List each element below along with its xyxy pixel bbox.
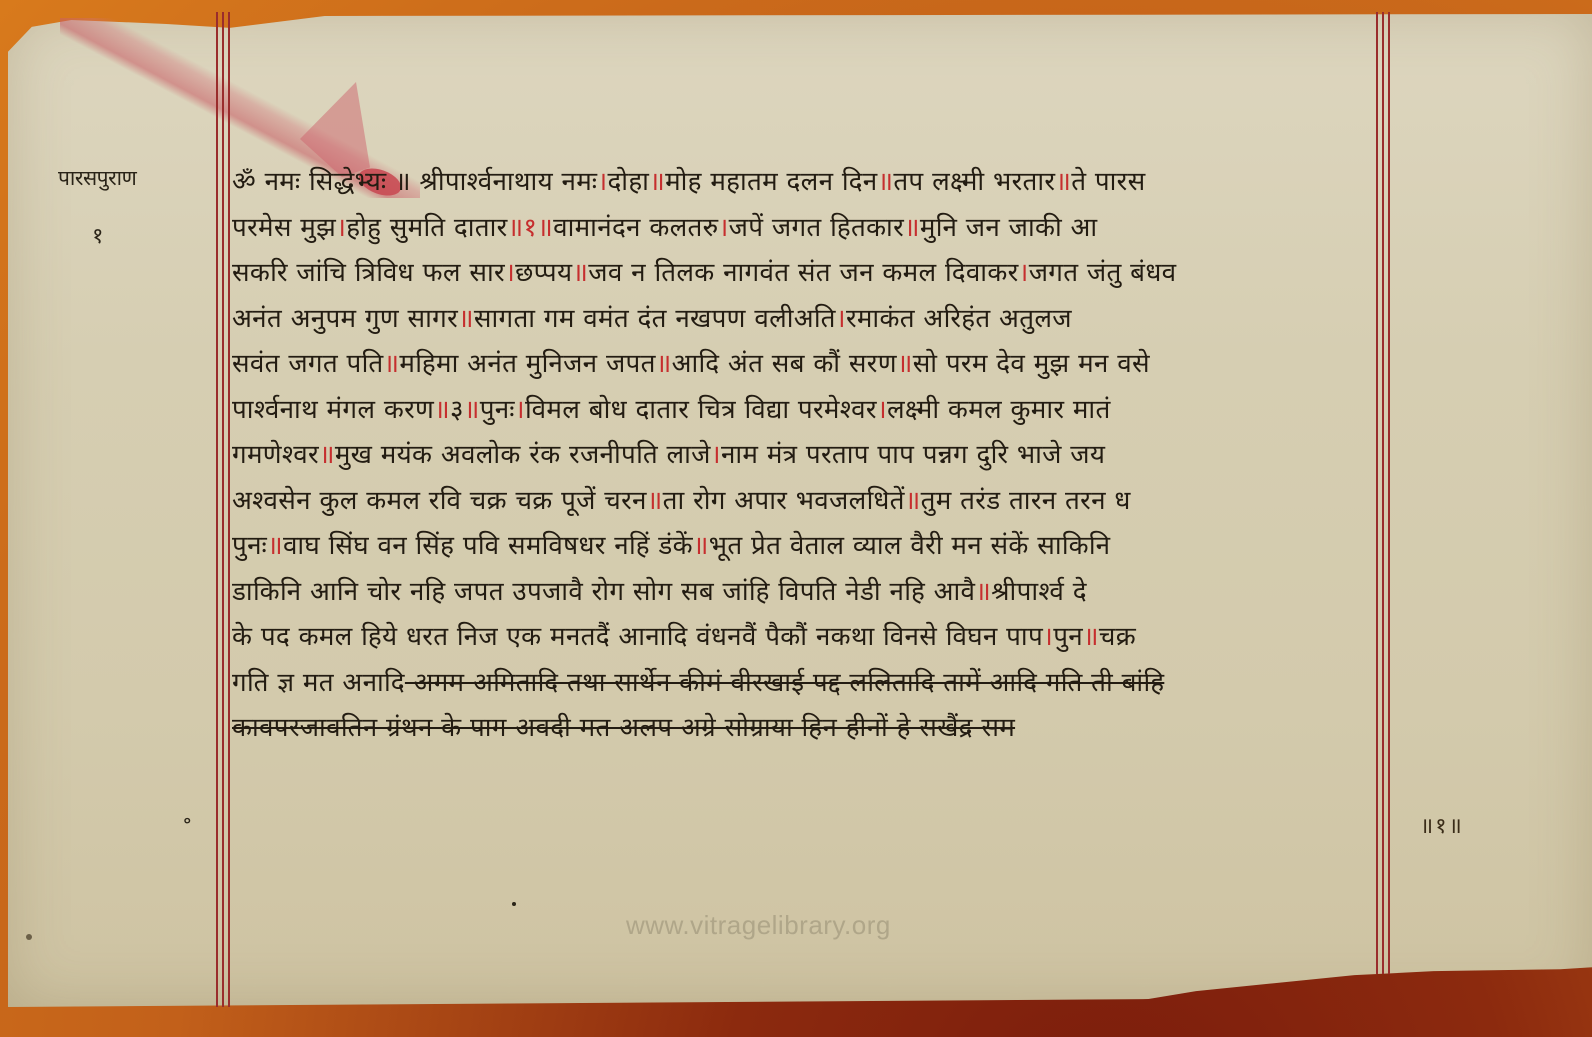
rubric-mark: ॥ (1083, 622, 1099, 652)
leaf-number: १ (92, 220, 103, 250)
line-text: कावपरजावतिन ग्रंथन के पाग अवदी मत अलप अग… (232, 713, 1015, 743)
line-text: वाघ सिंघ वन सिंह पवि समविषधर नहिं डंकें (283, 531, 693, 561)
rubric-mark: ॥१॥ (508, 213, 554, 243)
line-text: गमणेश्वर (232, 440, 319, 470)
rubric-mark: । (336, 213, 346, 243)
line-text: श्रीपार्श्व दे (991, 577, 1087, 607)
line-text: सकरि जांचि त्रिविध फल सार (232, 258, 505, 288)
manuscript-line: कावपरजावतिन ग्रंथन के पाग अवदी मत अलप अग… (232, 706, 1380, 752)
rubric-mark: । (597, 167, 607, 197)
rubric-mark: । (836, 304, 846, 334)
line-text: जपें जगत हितकार (729, 213, 904, 243)
rubric-mark: ॥ (975, 577, 991, 607)
line-text: नाम मंत्र परताप पाप पन्नग दुरि भाजे जय (721, 440, 1105, 470)
line-text: तप लक्ष्मी भरतार (893, 167, 1055, 197)
rubric-mark: । (1043, 622, 1053, 652)
line-text: छप्पय (515, 258, 572, 288)
ink-speck (26, 934, 32, 940)
rubric-mark: । (505, 258, 515, 288)
line-text: सवंत जगत पति (232, 349, 383, 379)
manuscript-line: डाकिनि आनि चोर नहि जपत उपजावै रोग सोग सब… (232, 570, 1380, 616)
line-text: पार्श्वनाथ मंगल करण (232, 395, 434, 425)
manuscript-line: पार्श्वनाथ मंगल करण॥३॥पुनः।विमल बोध दाता… (232, 388, 1380, 434)
manuscript-line: सकरि जांचि त्रिविध फल सार।छप्पय॥जव न तिल… (232, 251, 1380, 297)
line-text: महिमा अनंत मुनिजन जपत (399, 349, 655, 379)
manuscript-line: गमणेश्वर॥मुख मयंक अवलोक रंक रजनीपति लाजे… (232, 433, 1380, 479)
margin-title: पारसपुराण (58, 164, 136, 192)
watermark: www.vitragelibrary.org (626, 910, 891, 941)
rubric-mark: ॥ (1055, 167, 1071, 197)
line-text: पुन (1053, 622, 1083, 652)
rubric-mark: ॥ (877, 167, 893, 197)
rubric-mark: । (719, 213, 729, 243)
rubric-mark: ॥ (572, 258, 588, 288)
line-text: होहु सुमति दातार (346, 213, 507, 243)
line-text: मुख मयंक अवलोक रंक रजनीपति लाजे (335, 440, 711, 470)
line-text: पुनः (480, 395, 515, 425)
manuscript-line: परमेस मुझ।होहु सुमति दातार॥१॥वामानंदन कल… (232, 206, 1380, 252)
line-text: लक्ष्मी कमल कुमार मातं (887, 395, 1111, 425)
rubric-mark: ॥ (656, 349, 672, 379)
manuscript-text-block: ॐ नमः सिद्धेभ्यः ॥ श्रीपार्श्वनाथाय नमः।… (232, 160, 1380, 752)
rubric-mark: ॥ (319, 440, 335, 470)
manuscript-line: सवंत जगत पति॥महिमा अनंत मुनिजन जपत॥आदि अ… (232, 342, 1380, 388)
line-text: गति ज्ञ मत अनादि (232, 668, 405, 698)
line-text: मुनि जन जाकी आ (920, 213, 1098, 243)
line-text: तुम तरंड तारन तरन ध (921, 486, 1131, 516)
line-text: ते पारस (1071, 167, 1145, 197)
line-text: ॐ नमः सिद्धेभ्यः ॥ श्रीपार्श्वनाथाय नमः (232, 167, 597, 197)
rubric-mark: ॥ (649, 167, 665, 197)
line-text: परमेस मुझ (232, 213, 336, 243)
line-text: आदि अंत सब कौं सरण (672, 349, 897, 379)
manuscript-line: गति ज्ञ मत अनादि अगम अमितादि तथा सार्थेन… (232, 661, 1380, 707)
ink-speck (512, 902, 516, 906)
rubric-mark: ॥ (693, 531, 709, 561)
rubric-mark: । (877, 395, 887, 425)
verse-end-marker: ॥१॥ (1420, 810, 1464, 840)
line-text: अश्वसेन कुल कमल रवि चक्र चक्र पूजें चरन (232, 486, 647, 516)
rubric-mark: ॥ (905, 486, 921, 516)
rubric-mark: । (711, 440, 721, 470)
rubric-mark: ॥ (897, 349, 913, 379)
line-text: रमाकंत अरिहंत अतुलज (846, 304, 1072, 334)
manuscript-line: अनंत अनुपम गुण सागर॥सागता गम वमंत दंत नख… (232, 297, 1380, 343)
line-text: अनंत अनुपम गुण सागर (232, 304, 458, 334)
line-text: जव न तिलक नागवंत संत जन कमल दिवाकर (588, 258, 1018, 288)
line-text: भूत प्रेत वेताल व्याल वैरी मन संकें साकि… (709, 531, 1111, 561)
rubric-mark: ॥ (458, 304, 474, 334)
line-text: ३ (450, 395, 464, 425)
rubric-mark: ॥ (904, 213, 920, 243)
rubric-mark: । (515, 395, 525, 425)
line-text: जगत जंतु बंधव (1029, 258, 1177, 288)
manuscript-line: पुनः॥वाघ सिंघ वन सिंह पवि समविषधर नहिं ड… (232, 524, 1380, 570)
margin-mark: ॰ (183, 808, 192, 835)
rubric-mark: ॥ (267, 531, 283, 561)
line-text: वामानंदन कलतरु (553, 213, 718, 243)
rubric-mark: । (1019, 258, 1029, 288)
manuscript-line: अश्वसेन कुल कमल रवि चक्र चक्र पूजें चरन॥… (232, 479, 1380, 525)
rubric-mark: ॥ (434, 395, 450, 425)
line-text: सागता गम वमंत दंत नखपण वलीअति (474, 304, 836, 334)
line-text: डाकिनि आनि चोर नहि जपत उपजावै रोग सोग सब… (232, 577, 975, 607)
manuscript-line: के पद कमल हिये धरत निज एक मनतदैं आनादि व… (232, 615, 1380, 661)
line-text: ता रोग अपार भवजलधितें (663, 486, 905, 516)
rubric-mark: ॥ (464, 395, 480, 425)
line-text: सो परम देव मुझ मन वसे (913, 349, 1150, 379)
line-text: के पद कमल हिये धरत निज एक मनतदैं आनादि व… (232, 622, 1043, 652)
manuscript-line: ॐ नमः सिद्धेभ्यः ॥ श्रीपार्श्वनाथाय नमः।… (232, 160, 1380, 206)
line-text: अगम अमितादि तथा सार्थेन कीमं वीरखाई पद्द… (405, 668, 1164, 698)
rubric-mark: ॥ (647, 486, 663, 516)
line-text: मोह महातम दलन दिन (665, 167, 877, 197)
line-text: विमल बोध दातार चित्र विद्या परमेश्वर (525, 395, 877, 425)
line-text: चक्र (1099, 622, 1136, 652)
rubric-mark: ॥ (383, 349, 399, 379)
line-text: दोहा (608, 167, 650, 197)
line-text: पुनः (232, 531, 267, 561)
